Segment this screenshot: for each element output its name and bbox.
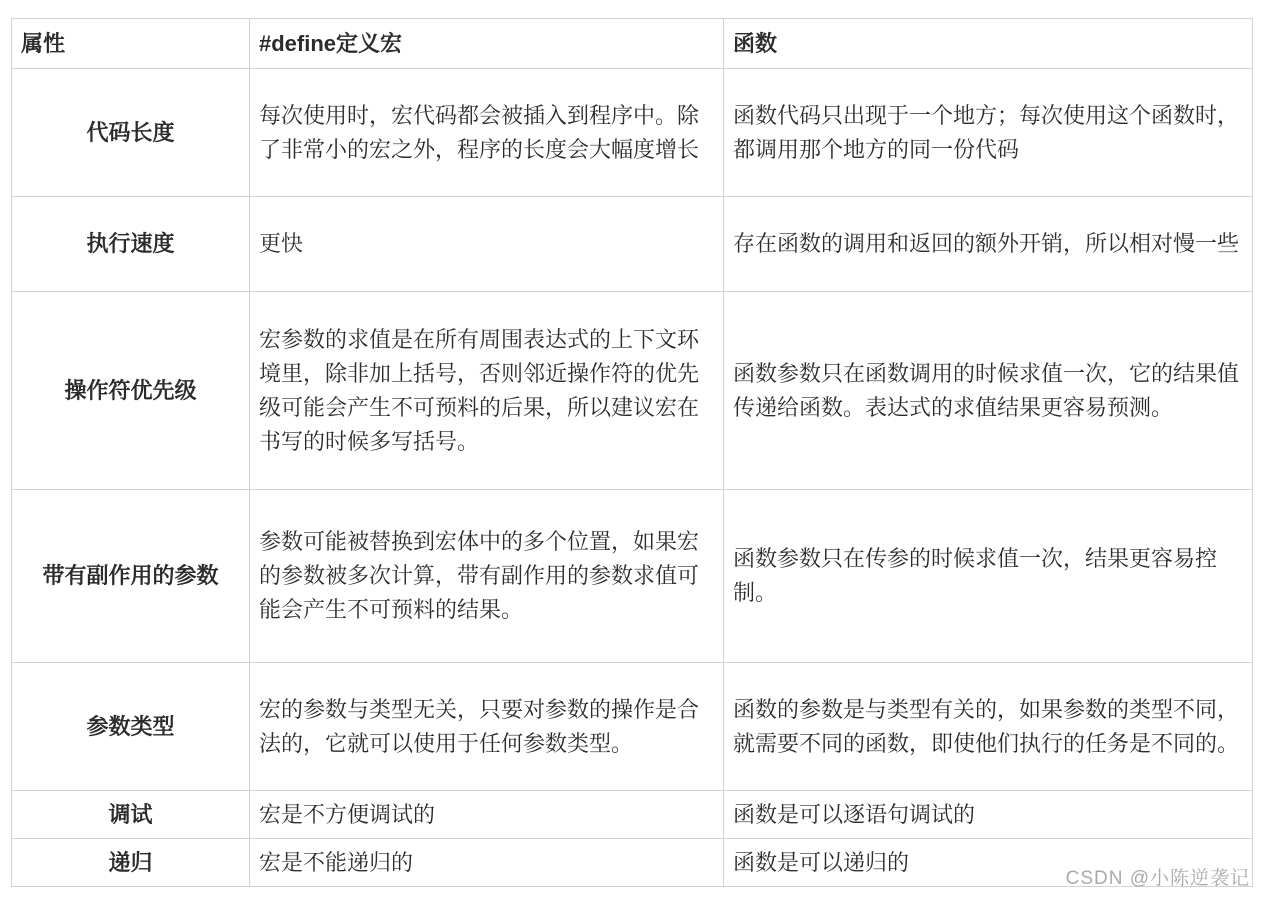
cell-macro: 宏参数的求值是在所有周围表达式的上下文环境里，除非加上括号，否则邻近操作符的优先…	[250, 292, 724, 490]
cell-attribute: 操作符优先级	[12, 292, 250, 490]
table-row: 代码长度 每次使用时，宏代码都会被插入到程序中。除了非常小的宏之外，程序的长度会…	[12, 69, 1253, 197]
table-row: 执行速度 更快 存在函数的调用和返回的额外开销，所以相对慢一些	[12, 197, 1253, 292]
header-cell-attribute: 属性	[12, 19, 250, 69]
comparison-table: 属性 #define定义宏 函数 代码长度 每次使用时，宏代码都会被插入到程序中…	[11, 18, 1253, 887]
page: 属性 #define定义宏 函数 代码长度 每次使用时，宏代码都会被插入到程序中…	[0, 0, 1262, 899]
cell-macro: 每次使用时，宏代码都会被插入到程序中。除了非常小的宏之外，程序的长度会大幅度增长	[250, 69, 724, 197]
cell-macro: 宏是不能递归的	[250, 839, 724, 887]
table-row: 带有副作用的参数 参数可能被替换到宏体中的多个位置，如果宏的参数被多次计算，带有…	[12, 490, 1253, 663]
table-row: 调试 宏是不方便调试的 函数是可以逐语句调试的	[12, 791, 1253, 839]
csdn-watermark: CSDN @小陈逆袭记	[1066, 863, 1250, 890]
cell-function: 存在函数的调用和返回的额外开销，所以相对慢一些	[724, 197, 1253, 292]
header-cell-macro: #define定义宏	[250, 19, 724, 69]
cell-function: 函数参数只在函数调用的时候求值一次，它的结果值传递给函数。表达式的求值结果更容易…	[724, 292, 1253, 490]
cell-function: 函数的参数是与类型有关的，如果参数的类型不同，就需要不同的函数，即使他们执行的任…	[724, 663, 1253, 791]
cell-function: 函数代码只出现于一个地方；每次使用这个函数时，都调用那个地方的同一份代码	[724, 69, 1253, 197]
table-header-row: 属性 #define定义宏 函数	[12, 19, 1253, 69]
table-row: 操作符优先级 宏参数的求值是在所有周围表达式的上下文环境里，除非加上括号，否则邻…	[12, 292, 1253, 490]
cell-function: 函数参数只在传参的时候求值一次，结果更容易控制。	[724, 490, 1253, 663]
cell-attribute: 调试	[12, 791, 250, 839]
cell-macro: 更快	[250, 197, 724, 292]
cell-attribute: 执行速度	[12, 197, 250, 292]
cell-function: 函数是可以逐语句调试的	[724, 791, 1253, 839]
cell-attribute: 带有副作用的参数	[12, 490, 250, 663]
cell-attribute: 代码长度	[12, 69, 250, 197]
cell-attribute: 递归	[12, 839, 250, 887]
cell-macro: 宏的参数与类型无关，只要对参数的操作是合法的，它就可以使用于任何参数类型。	[250, 663, 724, 791]
table-row: 参数类型 宏的参数与类型无关，只要对参数的操作是合法的，它就可以使用于任何参数类…	[12, 663, 1253, 791]
cell-macro: 参数可能被替换到宏体中的多个位置，如果宏的参数被多次计算，带有副作用的参数求值可…	[250, 490, 724, 663]
cell-macro: 宏是不方便调试的	[250, 791, 724, 839]
cell-attribute: 参数类型	[12, 663, 250, 791]
header-cell-function: 函数	[724, 19, 1253, 69]
